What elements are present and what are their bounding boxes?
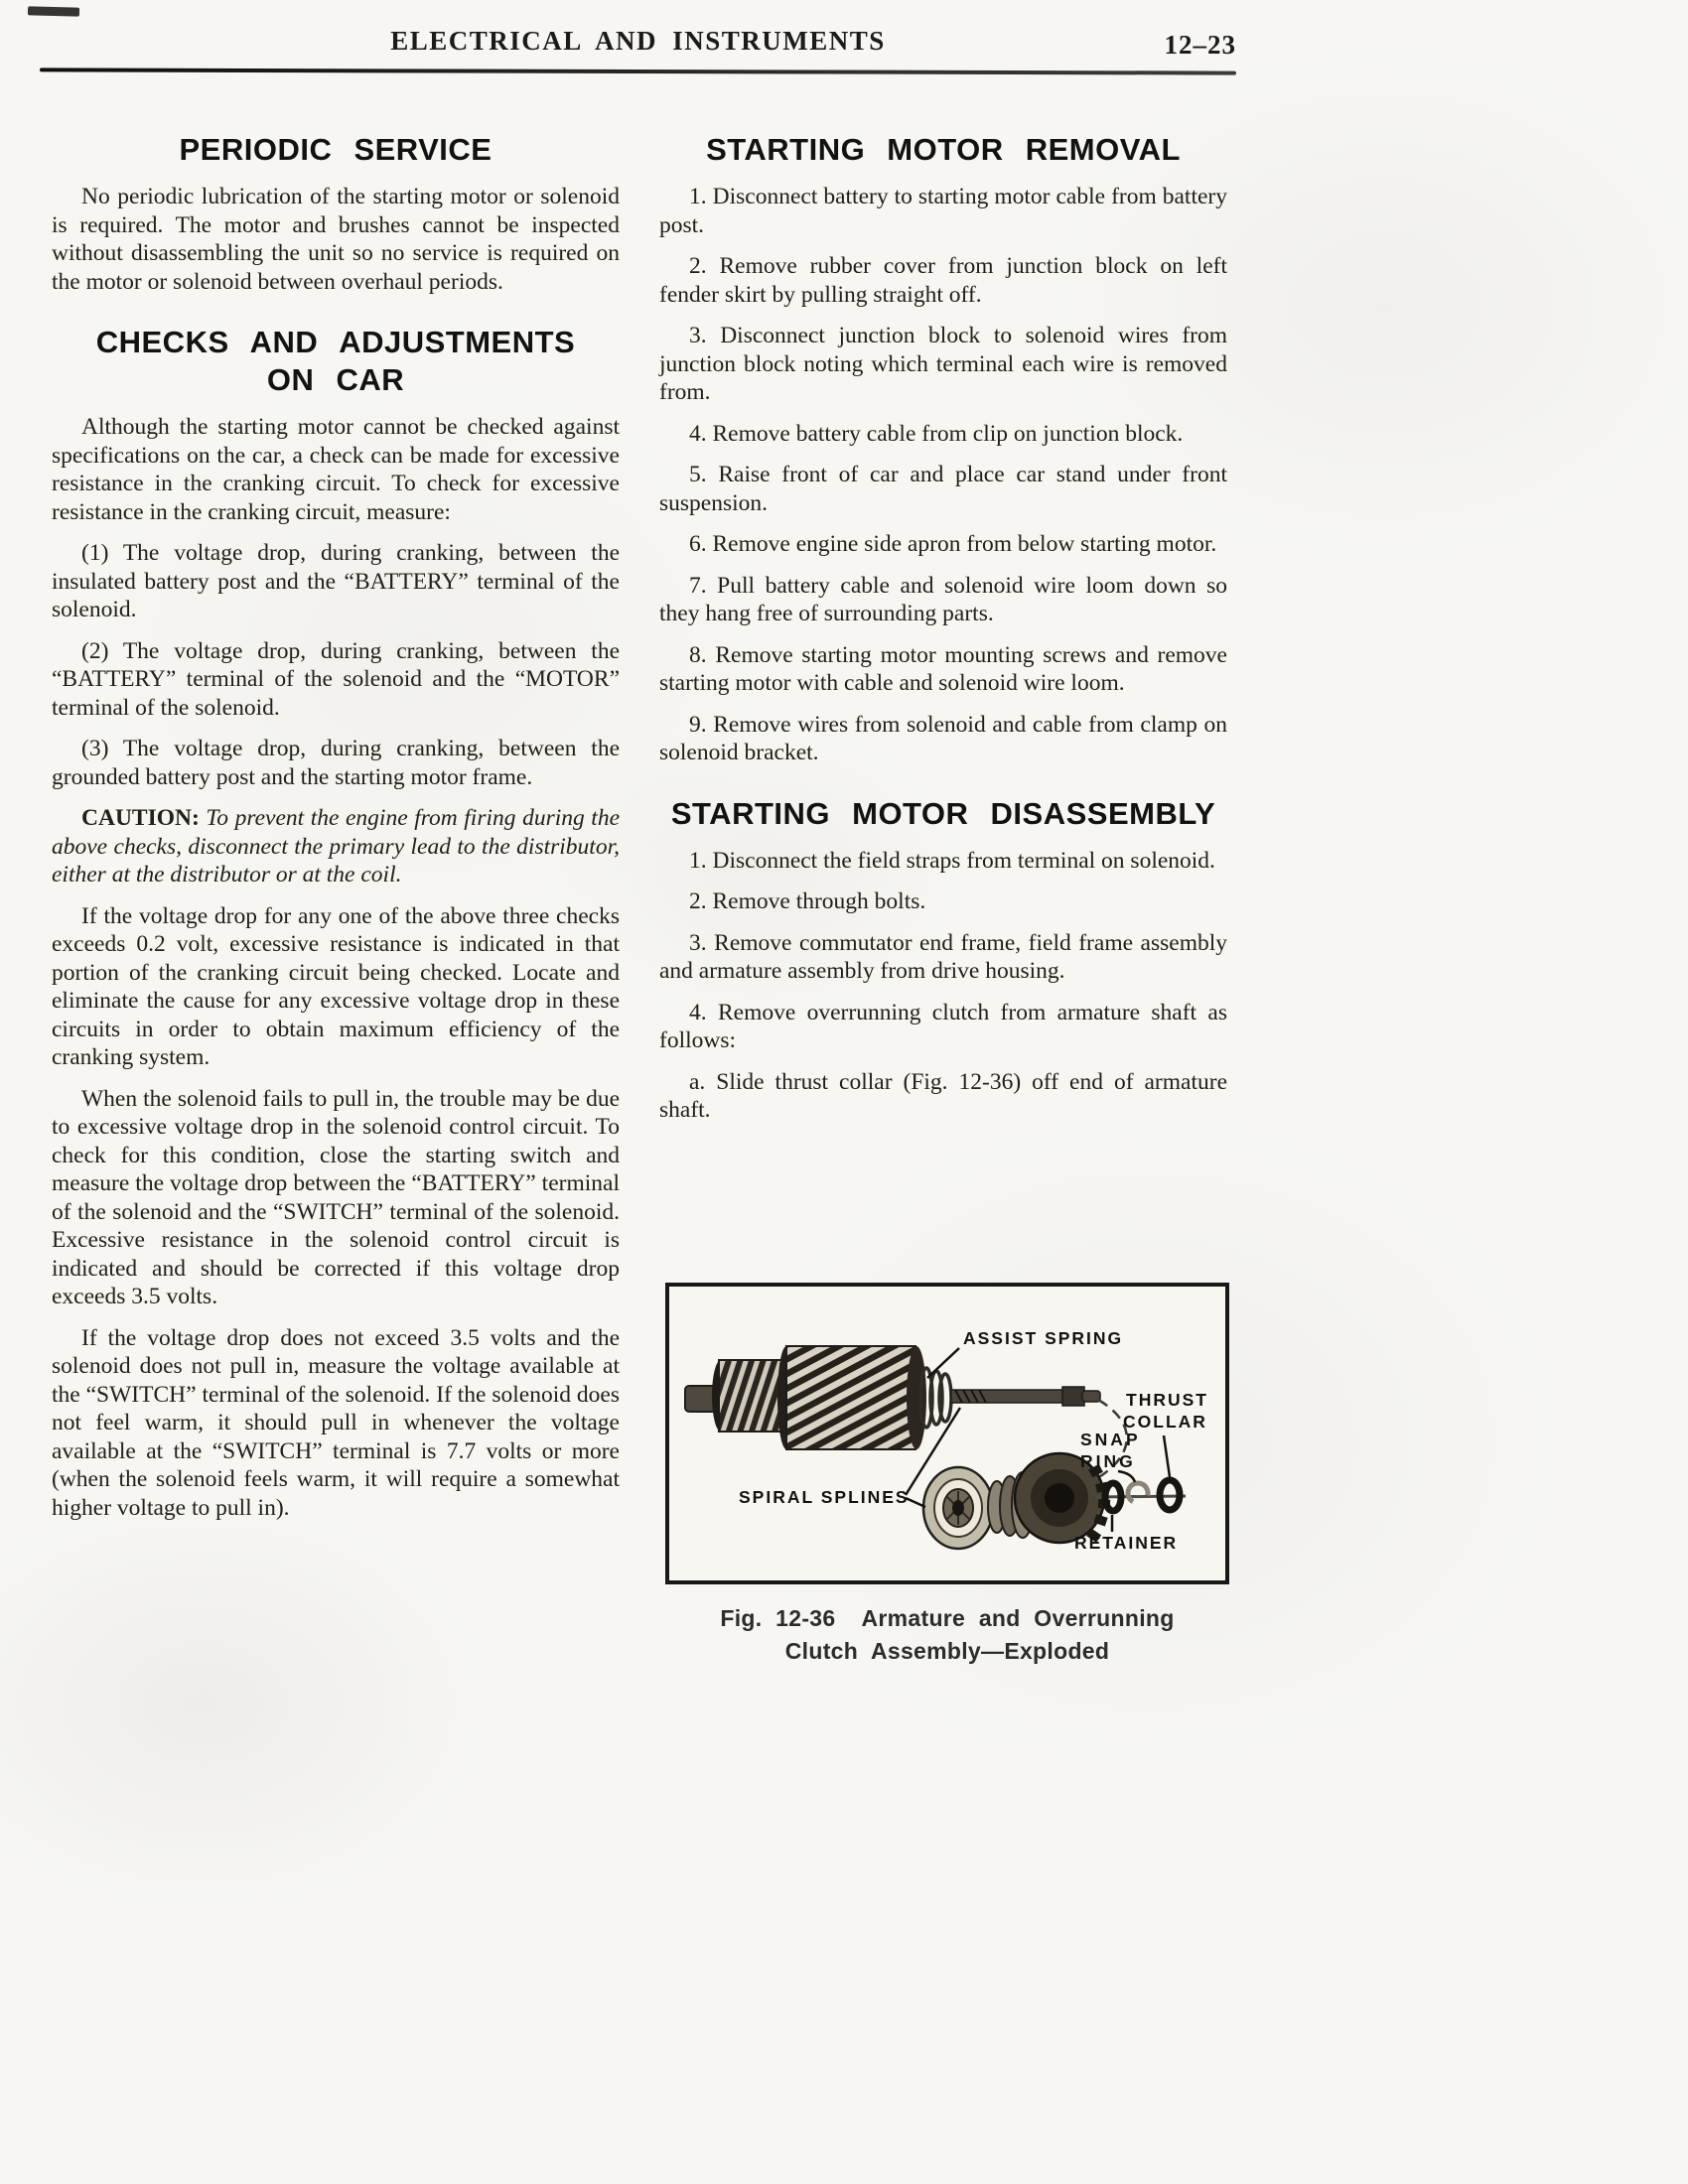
section-heading-starting-motor-disassembly: STARTING MOTOR DISASSEMBLY (659, 795, 1227, 833)
armature-illustration (685, 1346, 1100, 1449)
figure-caption-number: Fig. 12-36 (720, 1605, 835, 1631)
disassembly-step: 4. Remove overrunning clutch from armatu… (659, 999, 1227, 1055)
paragraph: If the voltage drop for any one of the a… (52, 902, 620, 1072)
disassembly-step: a. Slide thrust collar (Fig. 12-36) off … (659, 1068, 1227, 1125)
removal-step: 6. Remove engine side apron from below s… (659, 530, 1227, 559)
removal-step: 9. Remove wires from solenoid and cable … (659, 711, 1227, 767)
figure-caption: Fig. 12-36Armature and Overrunning Clutc… (659, 1602, 1235, 1668)
paragraph: When the solenoid fails to pull in, the … (52, 1085, 620, 1311)
right-column: STARTING MOTOR REMOVAL 1. Disconnect bat… (659, 117, 1227, 1125)
label-thrust-collar: COLLAR (1123, 1412, 1207, 1432)
page-number: 12–23 (1112, 30, 1236, 61)
removal-step: 8. Remove starting motor mounting screws… (659, 641, 1227, 698)
removal-step: 3. Disconnect junction block to solenoid… (659, 322, 1227, 407)
heading-line: ON CAR (52, 361, 620, 399)
label-snap-ring: SNAP (1080, 1430, 1141, 1449)
manual-page: ELECTRICAL AND INSTRUMENTS 12–23 PERIODI… (0, 0, 1688, 2184)
figure-caption-title: Armature and Overrunning (861, 1605, 1174, 1631)
removal-step: 2. Remove rubber cover from junction blo… (659, 252, 1227, 309)
measure-item: (2) The voltage drop, during cranking, b… (52, 637, 620, 723)
disassembly-step: 1. Disconnect the field straps from term… (659, 847, 1227, 876)
paragraph: Although the starting motor cannot be ch… (52, 413, 620, 526)
measure-item: (1) The voltage drop, during cranking, b… (52, 539, 620, 624)
caution-label: CAUTION: (81, 805, 200, 831)
figure-caption-title-line2: Clutch Assembly—Exploded (785, 1638, 1109, 1664)
label-spiral-splines: SPIRAL SPLINES (739, 1487, 910, 1507)
disassembly-step: 3. Remove commutator end frame, field fr… (659, 929, 1227, 986)
heading-line: CHECKS AND ADJUSTMENTS (52, 324, 620, 361)
section-heading-checks-adjustments: CHECKS AND ADJUSTMENTS ON CAR (52, 324, 620, 399)
paragraph: No periodic lubrication of the starting … (52, 183, 620, 296)
caution-paragraph: CAUTION: To prevent the engine from firi… (52, 804, 620, 889)
removal-step: 7. Pull battery cable and solenoid wire … (659, 572, 1227, 628)
label-assist-spring: ASSIST SPRING (963, 1328, 1123, 1348)
removal-step: 5. Raise front of car and place car stan… (659, 461, 1227, 517)
page-header-title: ELECTRICAL AND INSTRUMENTS (40, 26, 1236, 57)
disassembly-step: 2. Remove through bolts. (659, 887, 1227, 916)
label-thrust-collar: THRUST (1126, 1390, 1208, 1410)
removal-step: 4. Remove battery cable from clip on jun… (659, 420, 1227, 449)
section-heading-periodic-service: PERIODIC SERVICE (52, 131, 620, 169)
snap-ring (1124, 1479, 1151, 1506)
measure-item: (3) The voltage drop, during cranking, b… (52, 735, 620, 791)
armature-clutch-exploded-illustration: ASSIST SPRING THRUST COLLAR SNAP RING SP… (669, 1287, 1225, 1580)
label-snap-ring: RING (1080, 1451, 1136, 1471)
left-column: PERIODIC SERVICE No periodic lubrication… (52, 117, 620, 1522)
section-heading-starting-motor-removal: STARTING MOTOR REMOVAL (659, 131, 1227, 169)
removal-step: 1. Disconnect battery to starting motor … (659, 183, 1227, 239)
paragraph: If the voltage drop does not exceed 3.5 … (52, 1324, 620, 1523)
scan-artifact (28, 6, 79, 16)
header-rule (40, 68, 1236, 74)
label-retainer: RETAINER (1074, 1533, 1178, 1553)
figure-12-36: ASSIST SPRING THRUST COLLAR SNAP RING SP… (665, 1283, 1229, 1584)
